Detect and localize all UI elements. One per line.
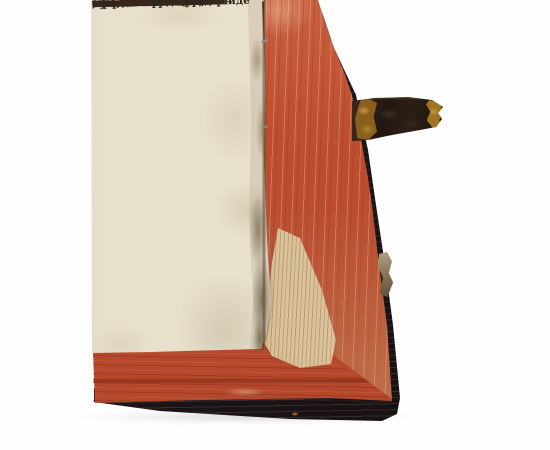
text-block: мы́шлѧнтїѧ .ъ снѣ́довати . И занѣ̀ єлы́к…	[92, 0, 271, 328]
book-photo: мы́шлѧнтїѧ .ъ снѣ́довати . И занѣ̀ єлы́к…	[0, 0, 550, 450]
text-line: й ѡ сконча́нїи	[92, 0, 226, 11]
